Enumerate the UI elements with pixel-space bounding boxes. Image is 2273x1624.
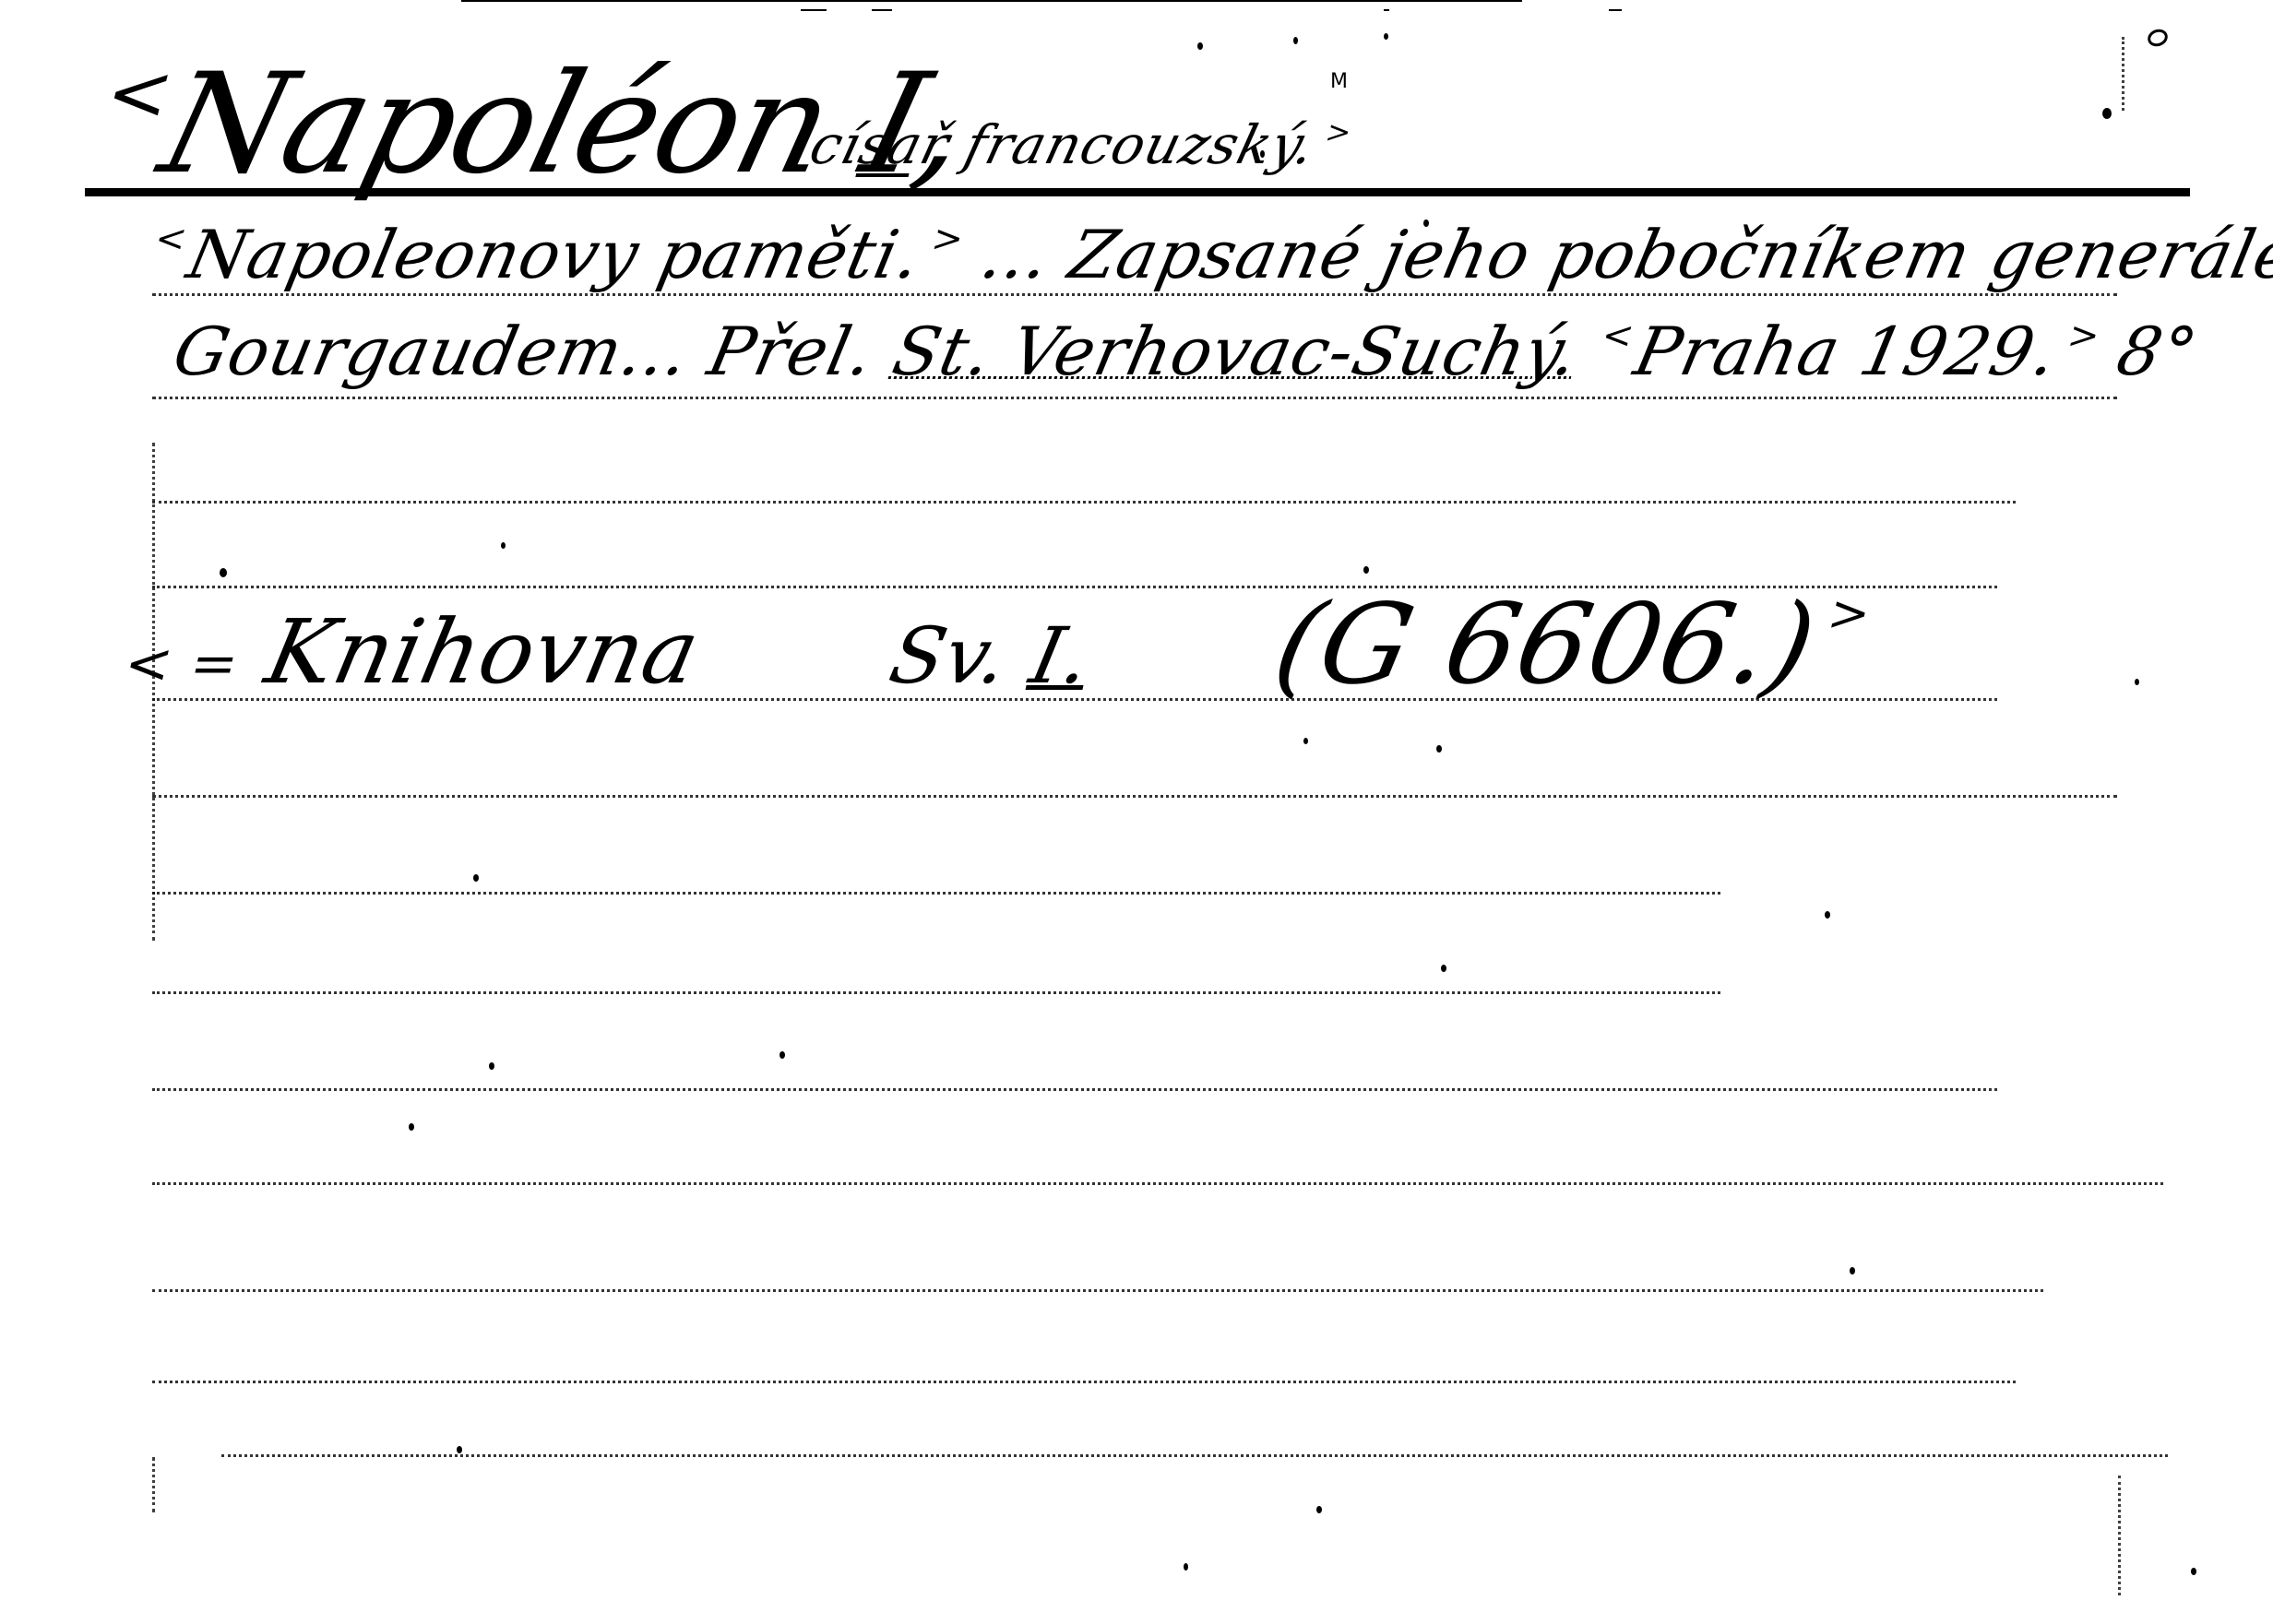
ink-speck — [779, 1051, 785, 1059]
ink-speck — [1825, 911, 1830, 919]
left-margin-line — [152, 443, 155, 941]
catalog-card: <Napoléon I, císař francouzský.> <Napole… — [0, 0, 2273, 1624]
book-title: Napoleonovy paměti. — [181, 216, 928, 293]
ink-speck — [1293, 37, 1298, 44]
title-statement: ... Zapsané jeho pobočníkem generálem — [974, 216, 2273, 293]
ink-speck — [220, 568, 227, 577]
ruled-line — [152, 586, 1997, 588]
volume-label: Sv. — [883, 610, 1017, 701]
ink-speck — [1423, 219, 1429, 227]
ink-speck — [1363, 566, 1369, 574]
heading-descriptor-block: císař francouzský.> — [805, 118, 1356, 172]
ruled-line — [152, 795, 2117, 798]
heading-close-bracket: > — [1322, 114, 1356, 149]
ink-speck — [1850, 1267, 1855, 1274]
ink-speck — [409, 1123, 414, 1131]
ink-speck — [1384, 33, 1388, 40]
location-line: < =Knihovna Sv. I. (G 6606.)> — [117, 590, 1875, 701]
ink-speck — [1260, 150, 1265, 158]
ink-speck — [2135, 679, 2139, 685]
book-format: 8° — [2111, 313, 2205, 390]
heading-descriptor: císař francouzský. — [804, 113, 1322, 176]
card-top-edge — [461, 0, 1522, 2]
ruled-line — [152, 293, 2117, 296]
ruled-line — [152, 698, 1997, 701]
ruled-line — [152, 1088, 1997, 1091]
heading-divider — [85, 188, 2190, 196]
shelfmark: (G 6606.) — [1264, 581, 1827, 709]
imprint: Praha 1929. — [1628, 313, 2065, 390]
title-line-2: Gourgaudem... Přel. St. Verhovac-Suchý. … — [168, 318, 2203, 385]
ink-speck — [2191, 1568, 2196, 1575]
ink-speck — [1197, 42, 1203, 50]
ink-speck — [1436, 745, 1442, 753]
ruled-line — [152, 1381, 2016, 1383]
right-margin-line — [2118, 1476, 2121, 1595]
title-close-quote: > — [928, 218, 969, 260]
top-right-margin-line — [2122, 37, 2124, 111]
author-statement: Gourgaudem... Přel. — [167, 313, 881, 390]
ruled-line — [152, 501, 2016, 504]
left-margin-line — [152, 1457, 155, 1512]
heading-name: Napoléon — [147, 44, 846, 205]
ink-speck — [1316, 1506, 1322, 1513]
ink-speck — [473, 874, 479, 882]
volume-block: Sv. I. — [883, 610, 1100, 701]
title-line-1: <Napoleonovy paměti.> ... Zapsané jeho p… — [145, 221, 2273, 288]
top-edge-mark — [1609, 9, 1622, 11]
top-edge-mark — [801, 9, 827, 11]
location-close-bracket: > — [1823, 586, 1876, 642]
ruled-line — [152, 1289, 2043, 1292]
stamp-mark: M — [1330, 70, 1348, 93]
volume-number: I. — [1023, 610, 1100, 701]
ink-speck — [501, 542, 506, 549]
title-open-quote: < — [151, 218, 192, 260]
ink-speck — [1303, 738, 1308, 744]
location-prefix: < = — [118, 632, 245, 696]
ink-speck — [1441, 965, 1446, 972]
top-edge-mark — [1384, 9, 1389, 11]
ruled-line — [152, 1182, 2163, 1185]
ruled-line — [152, 397, 2117, 399]
corner-o-mark — [2146, 27, 2171, 49]
ruled-line — [221, 1454, 2168, 1457]
ruled-line — [152, 892, 1720, 895]
ink-speck — [2102, 108, 2112, 119]
ink-speck — [457, 1446, 462, 1453]
ink-speck — [489, 1062, 494, 1070]
collection-name: Knihovna — [257, 600, 708, 704]
imprint-close-quote: > — [2065, 314, 2105, 357]
ink-speck — [1184, 1563, 1188, 1571]
translator-name: St. Verhovac-Suchý. — [887, 313, 1586, 390]
ruled-line — [152, 991, 1720, 994]
top-edge-mark — [872, 9, 892, 11]
imprint-open-quote: < — [1598, 314, 1638, 357]
